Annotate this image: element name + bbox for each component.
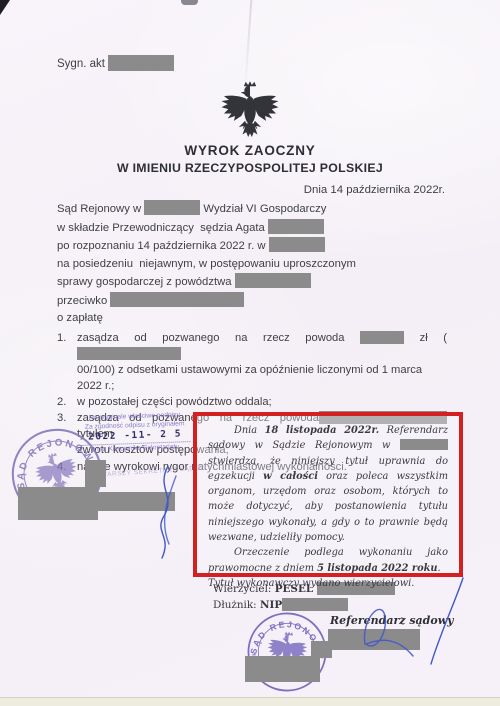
defendant-line: przeciwko (57, 292, 447, 311)
redaction-box (18, 487, 98, 520)
ruling-item-2: 2. w pozostałej części powództwo oddala; (57, 394, 447, 410)
scan-artifact-corner (0, 0, 10, 15)
ruling-item-1-line-1: zasądza od pozwanego na rzecz powoda zł … (77, 330, 447, 362)
pen-signature-referendary (335, 572, 475, 672)
judgment-date: Dnia 14 października 2022r. (0, 184, 445, 196)
claim-line: o zapłatę (57, 310, 447, 328)
item-number: 2. (57, 394, 66, 410)
session-line: na posiedzeniu niejawnym, w postępowaniu… (57, 256, 447, 274)
scan-artifact-smudge (181, 0, 198, 5)
ruling-item-1: 1. zasądza od pozwanego na rzecz powoda … (57, 330, 447, 394)
hearing-line: po rozpoznaniu 14 października 2022 r. w (57, 237, 447, 256)
court-line: Sąd Rejonowy w Wydział VI Gospodarczy (57, 200, 447, 219)
enforcement-clause-box: Dnia 18 listopada 2022r. Referendarz sąd… (193, 412, 463, 577)
panel-line: w składzie Przewodniczący sędzia Agata (57, 219, 447, 238)
plaintiff-line: sprawy gospodarczej z powództwa (57, 273, 447, 292)
item-number: 1. (57, 330, 66, 346)
case-number-redaction (108, 55, 174, 71)
redaction-box (85, 460, 106, 487)
debtor-line: Dłużnik: NIP (213, 598, 348, 611)
pen-signature-left (138, 458, 198, 568)
clause-paragraph-1: Dnia 18 listopada 2022r. Referendarz sąd… (208, 423, 448, 545)
ruling-item-1-line-2: 00/100) z odsetkami ustawowymi za opóźni… (77, 362, 447, 394)
judgment-title: WYROK ZAOCZNY (0, 143, 500, 158)
certification-stamp: Na oryginale właściwe podpisy Za zgodnoś… (71, 411, 198, 456)
case-number-line: Sygn. akt (57, 55, 174, 71)
redaction-box-seal (245, 656, 320, 682)
scan-edge-strip (0, 697, 500, 706)
ruling-item-2-line-1: w pozostałej części powództwo oddala; (77, 394, 447, 410)
polish-eagle-emblem (215, 80, 285, 142)
scanned-court-judgment-page: Sygn. akt WYROK ZAOCZNY W IMIENIU RZECZY… (0, 0, 500, 706)
case-number-label: Sygn. akt (57, 58, 105, 70)
judgment-subtitle: W IMIENIU RZECZYPOSPOLITEJ POLSKIEJ (0, 161, 500, 175)
